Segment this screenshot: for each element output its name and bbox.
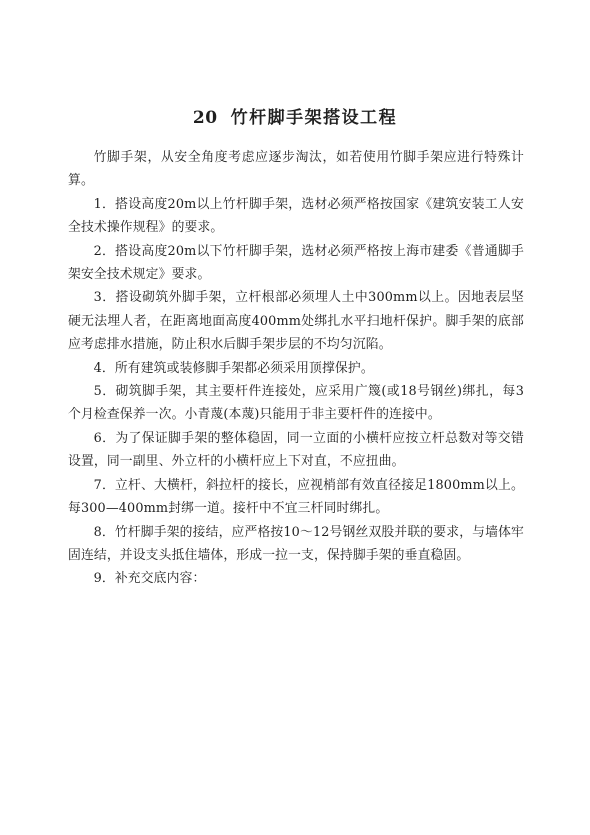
chapter-number: 20 (193, 108, 218, 128)
paragraph-intro: 竹脚手架，从安全角度考虑应逐步淘汰，如若使用竹脚手架应进行特殊计算。 (68, 146, 524, 193)
paragraph-item-4: 4．所有建筑或装修脚手架都必须采用顶撑保护。 (68, 357, 524, 380)
chapter-title: 竹杆脚手架搭设工程 (231, 108, 398, 128)
paragraph-item-8: 8．竹杆脚手架的接结，应严格按10～12号钢丝双股并联的要求，与墙体牢固连结，并… (68, 521, 524, 568)
page-title: 20竹杆脚手架搭设工程 (0, 103, 590, 128)
paragraph-item-6: 6．为了保证脚手架的整体稳固，同一立面的小横杆应按立杆总数对等交错设置，同一副里… (68, 427, 524, 474)
paragraph-item-3: 3．搭设砌筑外脚手架，立杆根部必须埋人土中300mm以上。因地表层坚硬无法埋人者… (68, 286, 524, 356)
document-body: 竹脚手架，从安全角度考虑应逐步淘汰，如若使用竹脚手架应进行特殊计算。 1．搭设高… (68, 146, 524, 591)
paragraph-item-5: 5．砌筑脚手架，其主要杆件连接处，应采用广篾(或18号钢丝)绑扎，每3个月检查保… (68, 380, 524, 427)
paragraph-item-1: 1．搭设高度20m以上竹杆脚手架，选材必须严格按国家《建筑安装工人安全技术操作规… (68, 193, 524, 240)
document-page: 20竹杆脚手架搭设工程 竹脚手架，从安全角度考虑应逐步淘汰，如若使用竹脚手架应进… (0, 0, 590, 835)
paragraph-item-7: 7．立杆、大横杆，斜拉杆的接长，应视梢部有效直径接足1800mm以上。每300—… (68, 474, 524, 521)
paragraph-item-9: 9．补充交底内容： (68, 567, 524, 590)
paragraph-item-2: 2．搭设高度20m以下竹杆脚手架，选材必须严格按上海市建委《普通脚手架安全技术规… (68, 240, 524, 287)
